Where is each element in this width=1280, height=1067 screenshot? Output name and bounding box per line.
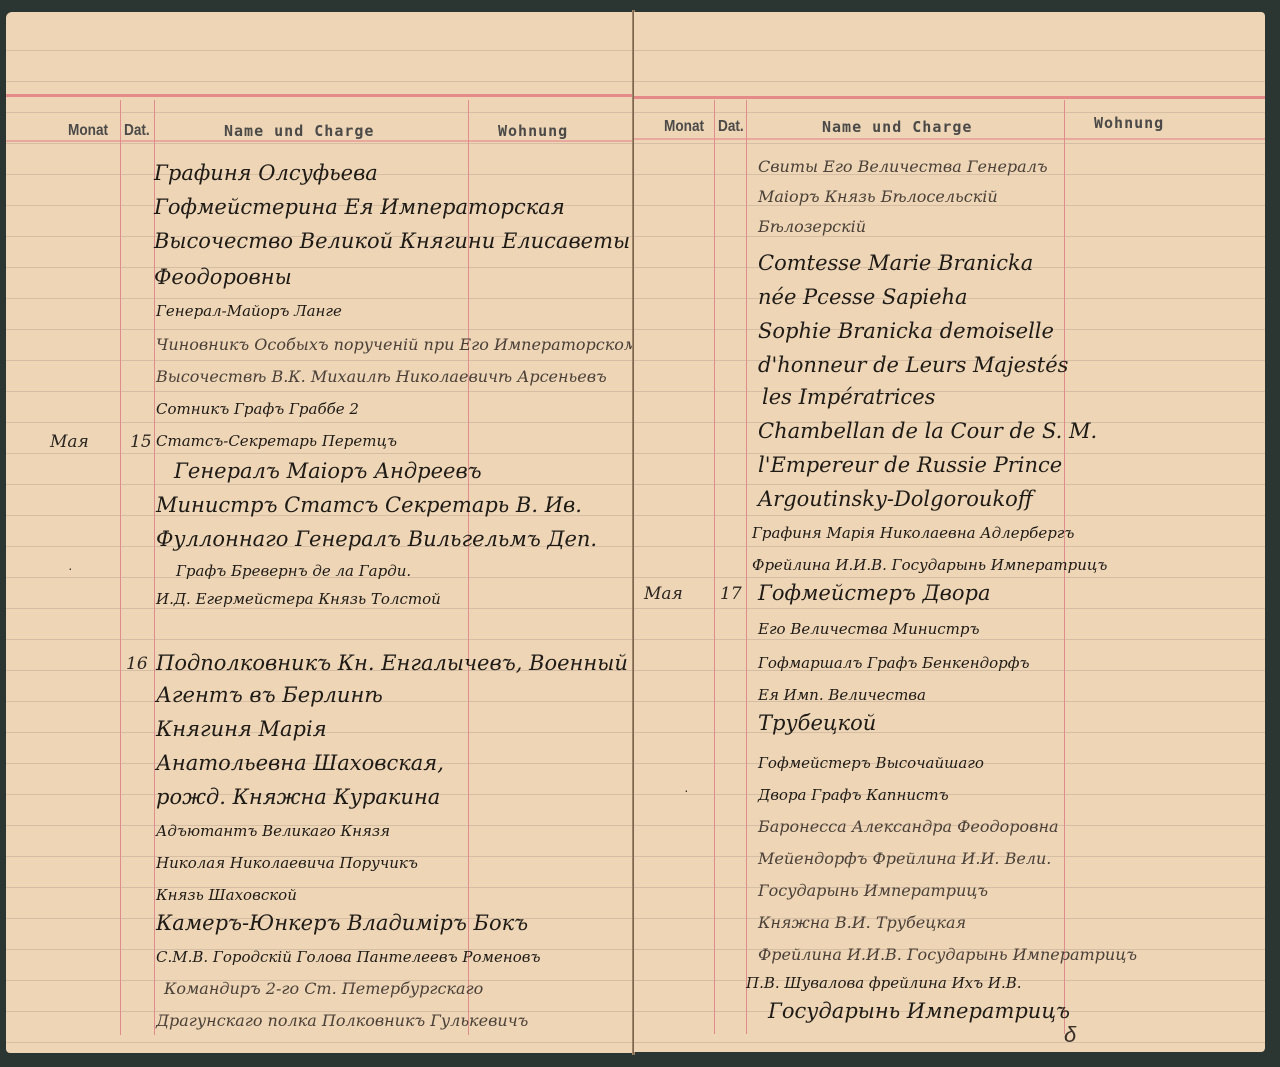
entry-line: Argoutinsky-Dolgoroukoff [758,484,1033,514]
entry-line: Чиновникъ Особыхъ порученiй при Его Импе… [156,330,648,360]
entry-line: Бѣлозерскiй [758,212,866,242]
entry-line: Генералъ Маiоръ Андреевъ [174,456,482,486]
entry-line: Графиня Олсуфьева [154,158,378,188]
entry-line: Феодоровны [154,262,292,292]
entry-line: Маiоръ Князь Бѣлосельскiй [758,182,998,212]
rule-month-date [120,100,121,1035]
margin-mark: · [684,782,689,798]
right-page: Monat Dat. Name und Charge Wohnung Свиты… [634,12,1265,1052]
entry-line: née Pcesse Sapieha [758,282,968,312]
entry-line: Гофмейстеръ Высочайшаго [758,748,984,778]
entry-line: Камеръ-Юнкеръ Владимiръ Бокъ [156,908,528,938]
header-month: Monat [664,118,704,136]
entry-line: Драгунскаго полка Полковникъ Гулькевичъ [156,1006,528,1036]
entry-line: Генерал-Майоръ Ланге [156,296,342,326]
entry-line: Баронесса Александра Феодоровна [758,812,1059,842]
column-header: Monat Dat. Name und Charge Wohnung [6,112,634,152]
entry-line: d'honneur de Leurs Majestés [758,350,1068,380]
entry-line: Двора Графъ Капнистъ [758,780,949,810]
entry-line: Ея Имп. Величества [758,680,926,710]
rule-month-date [714,100,715,1034]
header-name: Name und Charge [224,122,374,140]
entry-line: Гофмаршалъ Графъ Бенкендорфъ [758,648,1030,678]
entry-line: Comtesse Marie Branicka [758,248,1033,278]
flourish-mark: δ [1064,1022,1076,1048]
header-date: Dat. [718,118,744,136]
entry-line: Адъютантъ Великаго Князя [156,816,390,846]
entry-line: l'Empereur de Russie Prince [758,450,1062,480]
entry-month: Мая [644,584,683,604]
entry-line: Министръ Статсъ Секретарь В. Ив. [156,490,582,520]
header-date: Dat. [124,122,150,140]
entry-line: Графиня Марiя Николаевна Адлербергъ [752,518,1074,548]
header-residence: Wohnung [498,122,568,140]
entry-day: 16 [126,654,148,674]
entry-line: Статсъ-Секретарь Перетцъ [156,426,397,456]
entry-line: Графъ Бревернъ де ла Гарди. [176,556,411,586]
entry-line: Подполковникъ Кн. Енгалычевъ, Военный [156,648,628,678]
entry-line: Князь Шаховской [156,880,297,910]
header-residence: Wohnung [1094,114,1164,132]
entry-line: Агентъ въ Берлинѣ [156,680,383,710]
entry-day: 15 [130,432,152,452]
entry-line: Командиръ 2-го Ст. Петербургскаго [164,974,483,1004]
entry-line: Государынь Императрицъ [768,996,1070,1026]
entry-line: Свиты Его Величества Генералъ [758,152,1048,182]
entry-day: 17 [720,584,742,604]
entry-line: Мейендорфъ Фрейлина И.И. Вели. [758,844,1051,874]
header-month: Monat [68,122,108,140]
entry-line: Государынь Императрицъ [758,876,988,906]
entry-line: Высочествѣ В.К. Михаилѣ Николаевичѣ Арсе… [156,362,607,392]
entry-line: Анатольевна Шаховская, [156,748,444,778]
left-page: Monat Dat. Name und Charge Wohnung Графи… [6,12,634,1053]
entry-line: Трубецкой [758,708,876,738]
entry-line: С.М.В. Городскій Голова Пантелеевъ Ромен… [156,942,541,972]
entry-line: Высочество Великой Княгини Елисаветы [154,226,630,256]
entry-line: Гофмейстеръ Двора [758,578,990,608]
entry-line: рожд. Княжна Куракина [156,782,440,812]
entry-line: Фуллоннаго Генералъ Вильгельмъ Деп. [156,524,597,554]
entry-month: Мая [50,432,89,452]
margin-mark: · [68,560,73,576]
entry-line: Сотникъ Графъ Граббе 2 [156,394,359,424]
entry-line: les Impératrices [762,382,935,412]
entry-line: Chambellan de la Cour de S. M. [758,416,1097,446]
header-name: Name und Charge [822,118,972,136]
header-top-rule [634,96,1265,99]
entry-line: П.В. Шувалова фрейлина Ихъ И.В. [746,968,1022,998]
entry-line: Николая Николаевича Поручикъ [156,848,418,878]
entry-line: Фрейлина И.И.В. Государынь Императрицъ [758,940,1137,970]
entry-line: Фрейлина И.И.В. Государынь Императрицъ [752,550,1107,580]
column-header: Monat Dat. Name und Charge Wohnung [634,112,1265,152]
entry-line: Его Величества Министръ [758,614,980,644]
entry-line: Княгиня Марiя [156,714,327,744]
header-top-rule [6,94,634,97]
entry-line: Княжна В.И. Трубецкая [758,908,966,938]
entry-line: Гофмейстерина Ея Императорская [154,192,565,222]
entry-line: И.Д. Егермейстера Князь Толстой [156,584,441,614]
rule-date-name [746,100,747,1034]
entry-line: Sophie Branicka demoiselle [758,316,1054,346]
